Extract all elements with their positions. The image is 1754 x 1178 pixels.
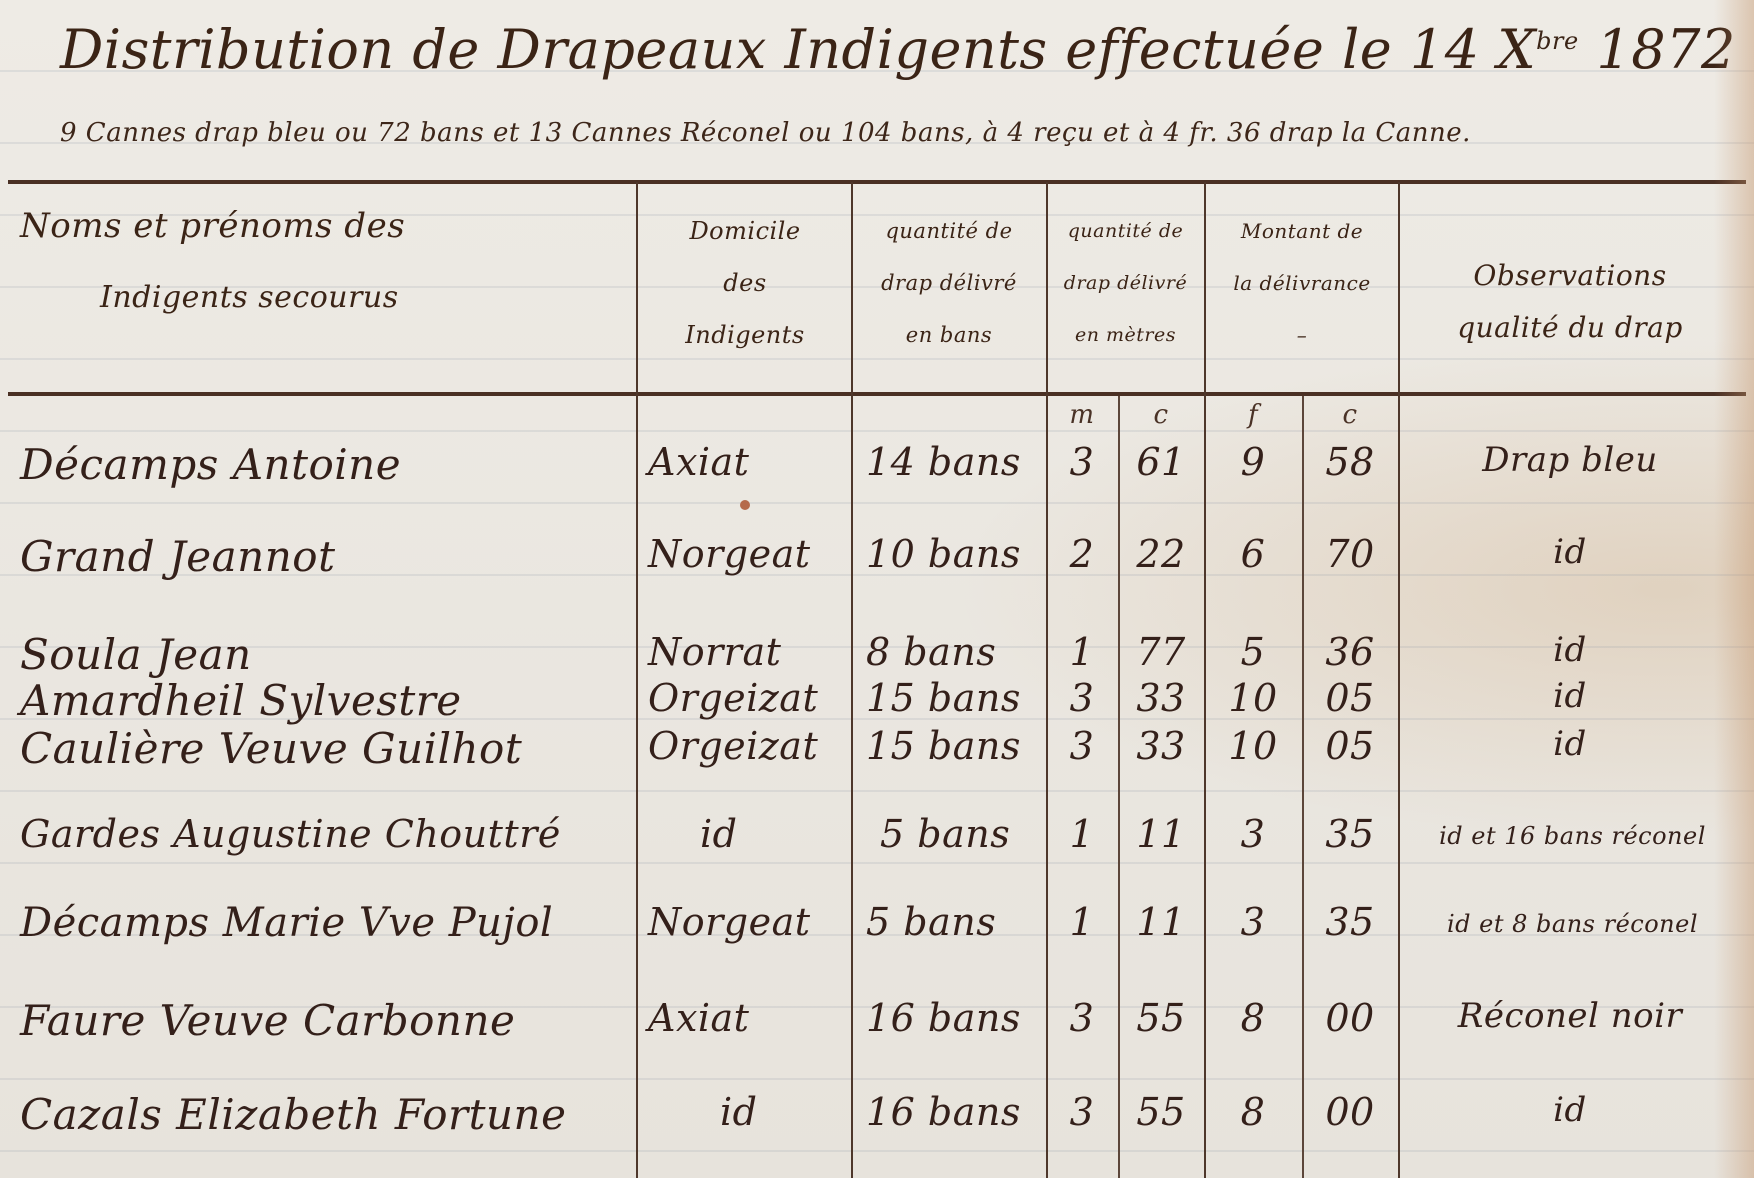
cell-domicile: Norgeat	[648, 900, 811, 944]
cell-observation: Drap bleu	[1400, 440, 1740, 480]
cell-domicile: Axiat	[648, 996, 749, 1040]
cell-observation: id	[1400, 676, 1740, 716]
cell-meter-cents: 61	[1118, 440, 1204, 484]
cell-franc-cents: 00	[1302, 1090, 1398, 1134]
cell-name: Décamps Antoine	[20, 440, 401, 489]
cell-meter-cents: 33	[1118, 676, 1204, 720]
header-line: Indigents	[640, 309, 850, 361]
cell-pans: 16 bans	[866, 1090, 1021, 1134]
cell-meter-cents: 77	[1118, 630, 1204, 674]
cell-meters: 1	[1046, 630, 1118, 674]
cell-observation: id	[1400, 1090, 1740, 1130]
cell-meters: 3	[1046, 724, 1118, 768]
header-line: Noms et prénoms des	[20, 200, 620, 252]
header-observations: Observations qualité du drap	[1400, 250, 1740, 354]
header-line: qualité du drap	[1400, 302, 1740, 354]
cell-franc-cents: 35	[1302, 812, 1398, 856]
cell-pans: 10 bans	[866, 532, 1021, 576]
cell-meters: 3	[1046, 676, 1118, 720]
cell-pans: 16 bans	[866, 996, 1021, 1040]
header-line: en bans	[853, 309, 1045, 361]
cell-name: Caulière Veuve Guilhot	[20, 724, 522, 773]
cell-meters: 1	[1046, 900, 1118, 944]
header-line: quantité de	[853, 205, 1045, 257]
header-qty-meters: quantité de drap délivré en mètres	[1048, 205, 1203, 361]
unit-franc-cents: c	[1302, 400, 1398, 430]
cell-domicile: Orgeizat	[648, 676, 818, 720]
cell-meter-cents: 22	[1118, 532, 1204, 576]
header-line: –	[1206, 309, 1398, 361]
cell-observation: id et 16 bans réconel	[1400, 822, 1745, 850]
cell-francs: 8	[1204, 1090, 1302, 1134]
column-divider	[636, 182, 638, 1178]
cell-pans: 5 bans	[880, 812, 1010, 856]
header-line: des	[640, 257, 850, 309]
ledger-page: Distribution de Drapeaux Indigents effec…	[0, 0, 1754, 1178]
page-title: Distribution de Drapeaux Indigents effec…	[60, 18, 1740, 81]
cell-francs: 10	[1204, 724, 1302, 768]
header-line: Observations	[1400, 250, 1740, 302]
cell-name: Amardheil Sylvestre	[20, 676, 462, 725]
cell-name: Gardes Augustine Chouttré	[20, 812, 561, 856]
cell-meters: 3	[1046, 440, 1118, 484]
header-domicile: Domicile des Indigents	[640, 205, 850, 361]
cell-domicile: Norrat	[648, 630, 781, 674]
header-line: Indigents secourus	[20, 252, 620, 324]
subcolumn-divider	[1302, 396, 1304, 1178]
cell-francs: 6	[1204, 532, 1302, 576]
cell-meters: 3	[1046, 996, 1118, 1040]
unit-francs: f	[1204, 400, 1302, 430]
cell-franc-cents: 35	[1302, 900, 1398, 944]
cell-meters: 1	[1046, 812, 1118, 856]
cell-meter-cents: 11	[1118, 900, 1204, 944]
title-year: 1872	[1596, 18, 1735, 81]
cell-meter-cents: 55	[1118, 1090, 1204, 1134]
cell-name: Décamps Marie Vve Pujol	[20, 900, 553, 946]
header-line: drap délivré	[1048, 257, 1203, 309]
cell-francs: 9	[1204, 440, 1302, 484]
header-amount: Montant de la délivrance –	[1206, 205, 1398, 361]
cell-francs: 5	[1204, 630, 1302, 674]
cell-francs: 8	[1204, 996, 1302, 1040]
cell-pans: 14 bans	[866, 440, 1021, 484]
cell-franc-cents: 05	[1302, 724, 1398, 768]
cell-meter-cents: 55	[1118, 996, 1204, 1040]
subcolumn-divider	[1118, 396, 1120, 1178]
cell-meter-cents: 11	[1118, 812, 1204, 856]
cell-name: Grand Jeannot	[20, 532, 335, 581]
cell-pans: 5 bans	[866, 900, 996, 944]
cell-observation: Réconel noir	[1400, 996, 1740, 1036]
title-text: Distribution de Drapeaux Indigents effec…	[60, 18, 1536, 81]
header-qty-pans: quantité de drap délivré en bans	[853, 205, 1045, 361]
cell-domicile: Orgeizat	[648, 724, 818, 768]
unit-meters: m	[1046, 400, 1118, 430]
cell-franc-cents: 05	[1302, 676, 1398, 720]
cell-franc-cents: 36	[1302, 630, 1398, 674]
cell-francs: 3	[1204, 812, 1302, 856]
cell-domicile: Axiat	[648, 440, 749, 484]
cell-pans: 15 bans	[866, 676, 1021, 720]
cell-name: Soula Jean	[20, 630, 252, 679]
ink-stain	[740, 500, 750, 510]
header-line: Domicile	[640, 205, 850, 257]
cell-domicile: Norgeat	[648, 532, 811, 576]
cell-observation: id	[1400, 724, 1740, 764]
cell-observation: id	[1400, 532, 1740, 572]
cell-domicile: id	[720, 1090, 757, 1134]
cell-domicile: id	[700, 812, 737, 856]
header-top-rule	[8, 180, 1746, 184]
cell-observation: id et 8 bans réconel	[1400, 910, 1745, 938]
cell-franc-cents: 70	[1302, 532, 1398, 576]
cell-francs: 3	[1204, 900, 1302, 944]
cell-name: Cazals Elizabeth Fortune	[20, 1090, 566, 1139]
cell-franc-cents: 58	[1302, 440, 1398, 484]
header-bottom-rule	[8, 392, 1746, 396]
cell-meters: 3	[1046, 1090, 1118, 1134]
cell-meters: 2	[1046, 532, 1118, 576]
unit-meter-cents: c	[1118, 400, 1204, 430]
page-subtitle: 9 Cannes drap bleu ou 72 bans et 13 Cann…	[60, 118, 1740, 148]
header-name: Noms et prénoms des Indigents secourus	[20, 200, 620, 324]
header-line: Montant de	[1206, 205, 1398, 257]
title-superscript: bre	[1536, 27, 1579, 55]
cell-pans: 15 bans	[866, 724, 1021, 768]
cell-meter-cents: 33	[1118, 724, 1204, 768]
cell-pans: 8 bans	[866, 630, 996, 674]
cell-francs: 10	[1204, 676, 1302, 720]
header-line: drap délivré	[853, 257, 1045, 309]
cell-franc-cents: 00	[1302, 996, 1398, 1040]
header-line: la délivrance	[1206, 257, 1398, 309]
header-line: quantité de	[1048, 205, 1203, 257]
cell-name: Faure Veuve Carbonne	[20, 996, 515, 1045]
header-line: en mètres	[1048, 309, 1203, 361]
cell-observation: id	[1400, 630, 1740, 670]
